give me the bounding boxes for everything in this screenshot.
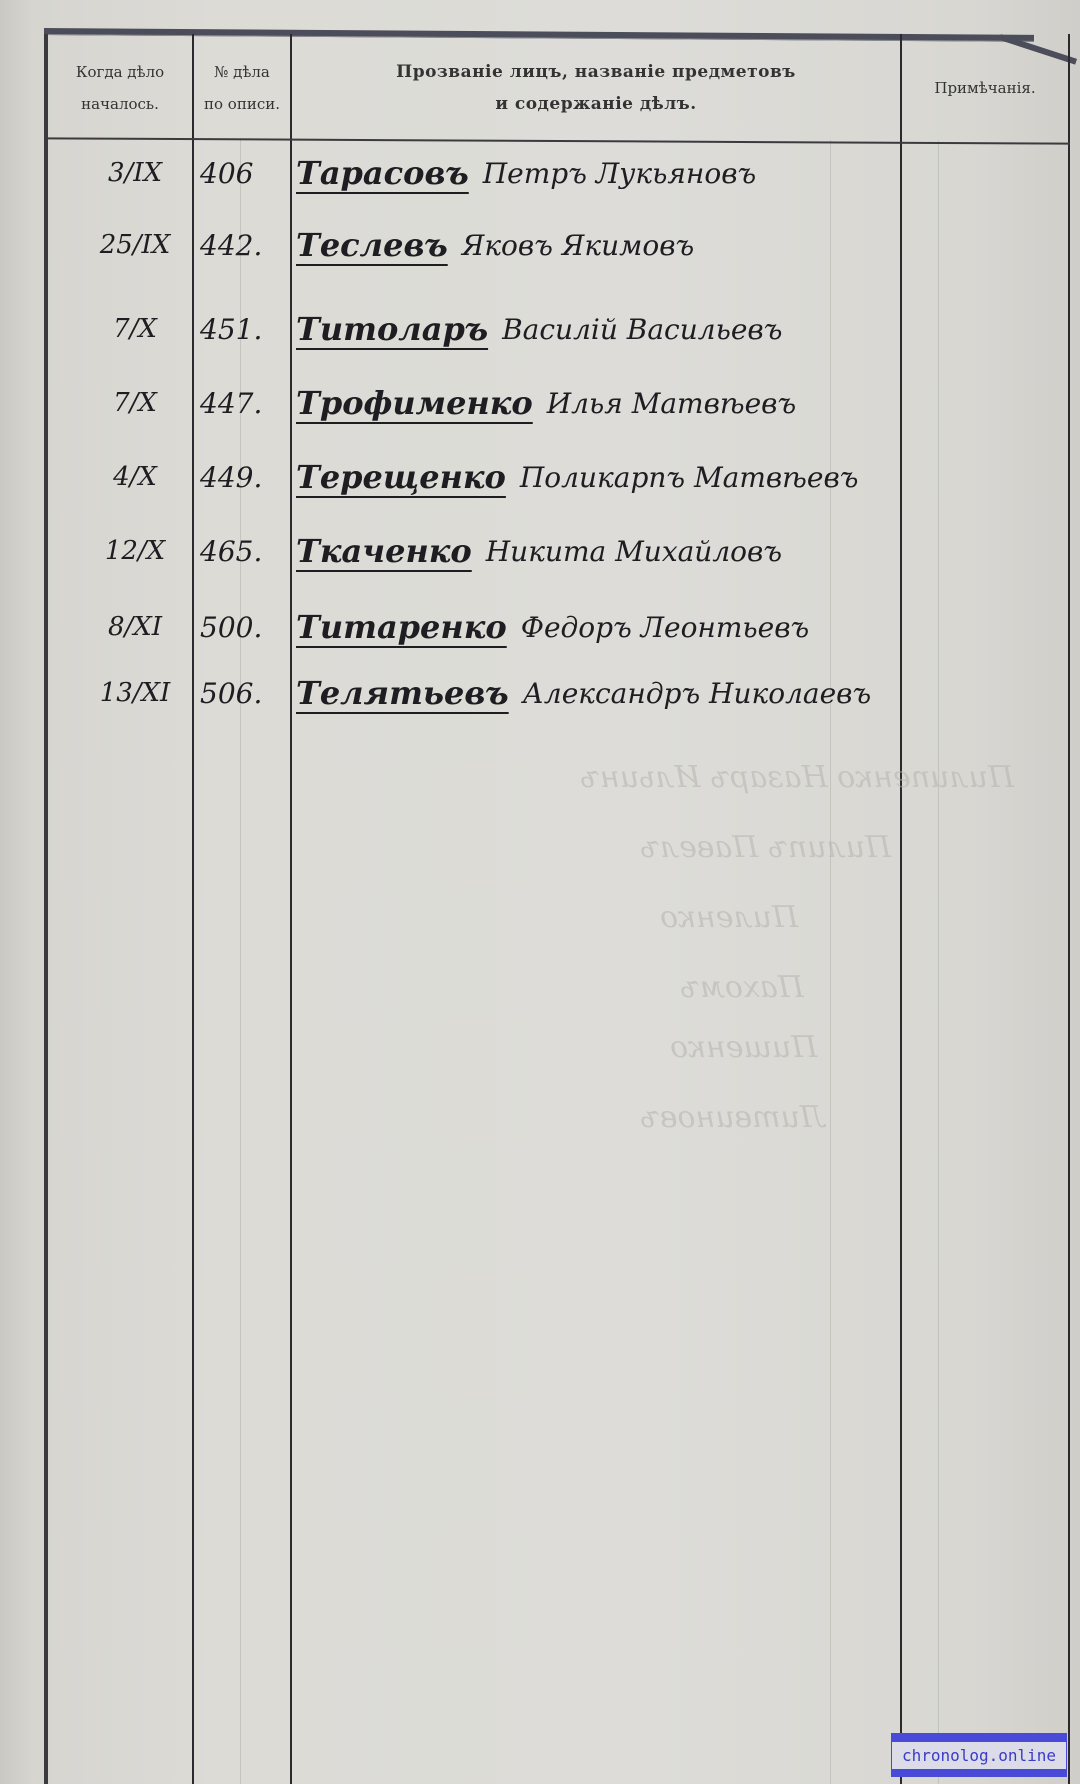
header-number-line1: № дѣла xyxy=(214,56,270,88)
bleed-through-text: Пилипенко Назаръ Ильинъ xyxy=(580,760,1014,795)
row-date: 7/X xyxy=(80,292,190,366)
register-row: 8/XI 500. ТитаренкоФедоръ Леонтьевъ xyxy=(0,590,1080,664)
row-number: 447. xyxy=(196,366,294,440)
register-row: 7/X 447. ТрофименкоИлья Матвѣевъ xyxy=(0,366,1080,440)
row-given-name: Яковъ Якимовъ xyxy=(462,229,694,262)
header-number-line2: по описи. xyxy=(204,88,280,120)
row-given-name: Никита Михайловъ xyxy=(486,535,782,568)
header-number: № дѣла по описи. xyxy=(194,36,290,140)
row-entry: ТелятьевъАлександръ Николаевъ xyxy=(296,656,936,730)
header-names-line2: и содержаніе дѣлъ. xyxy=(495,88,696,120)
row-given-name: Василій Васильевъ xyxy=(502,313,782,346)
row-surname: Тарасовъ xyxy=(296,154,469,192)
watermark-text: chronolog.online xyxy=(892,1742,1066,1769)
register-row: 25/IX 442. ТеслевъЯковъ Якимовъ xyxy=(0,208,1080,282)
header-date-line2: началось. xyxy=(81,88,159,120)
row-entry: ТарасовъПетръ Лукьяновъ xyxy=(296,136,936,210)
row-given-name: Александръ Николаевъ xyxy=(523,677,871,710)
row-surname: Терещенко xyxy=(296,458,506,496)
register-row: 12/X 465. ТкаченкоНикита Михайловъ xyxy=(0,514,1080,588)
row-date: 4/X xyxy=(80,440,190,514)
row-entry: ТкаченкоНикита Михайловъ xyxy=(296,514,936,588)
row-entry: ТеслевъЯковъ Якимовъ xyxy=(296,208,936,282)
row-number: 451. xyxy=(196,292,294,366)
register-row: 4/X 449. ТерещенкоПоликарпъ Матвѣевъ xyxy=(0,440,1080,514)
row-given-name: Илья Матвѣевъ xyxy=(547,387,796,420)
row-number: 449. xyxy=(196,440,294,514)
register-row: 13/XI 506. ТелятьевъАлександръ Николаевъ xyxy=(0,656,1080,730)
bleed-through-text: Пишенко xyxy=(670,1030,817,1065)
row-given-name: Поликарпъ Матвѣевъ xyxy=(520,461,859,494)
row-given-name: Петръ Лукьяновъ xyxy=(483,157,756,190)
row-number: 465. xyxy=(196,514,294,588)
row-number: 406 xyxy=(196,136,294,210)
row-surname: Телятьевъ xyxy=(296,674,509,712)
register-page: Когда дѣло началось. № дѣла по описи. Пр… xyxy=(0,0,1080,1784)
header-date-line1: Когда дѣло xyxy=(76,56,164,88)
bleed-through-text: Пилипъ Павелъ xyxy=(640,830,891,865)
row-number: 506. xyxy=(196,656,294,730)
row-date: 3/IX xyxy=(80,136,190,210)
watermark-badge: chronolog.online xyxy=(891,1733,1067,1777)
row-surname: Ткаченко xyxy=(296,532,472,570)
row-date: 13/XI xyxy=(80,656,190,730)
header-notes-label: Примѣчанія. xyxy=(934,72,1035,104)
bleed-through-text: Пахомъ xyxy=(680,970,804,1005)
row-entry: ТитоларъВасилій Васильевъ xyxy=(296,292,936,366)
row-number: 500. xyxy=(196,590,294,664)
bleed-through-text: Пиленко xyxy=(660,900,798,935)
row-surname: Титоларъ xyxy=(296,310,488,348)
header-date: Когда дѣло началось. xyxy=(48,36,192,140)
row-entry: ТрофименкоИлья Матвѣевъ xyxy=(296,366,936,440)
row-surname: Теслевъ xyxy=(296,226,448,264)
row-date: 12/X xyxy=(80,514,190,588)
row-number: 442. xyxy=(196,208,294,282)
row-entry: ТерещенкоПоликарпъ Матвѣевъ xyxy=(296,440,936,514)
register-row: 3/IX 406 ТарасовъПетръ Лукьяновъ xyxy=(0,136,1080,210)
row-entry: ТитаренкоФедоръ Леонтьевъ xyxy=(296,590,936,664)
row-given-name: Федоръ Леонтьевъ xyxy=(521,611,809,644)
header-names-line1: Прозваніе лицъ, названіе предметовъ xyxy=(396,56,796,88)
header-names: Прозваніе лицъ, названіе предметовъ и со… xyxy=(292,36,900,140)
header-notes: Примѣчанія. xyxy=(902,36,1068,140)
row-date: 8/XI xyxy=(80,590,190,664)
register-row: 7/X 451. ТитоларъВасилій Васильевъ xyxy=(0,292,1080,366)
row-surname: Титаренко xyxy=(296,608,507,646)
row-surname: Трофименко xyxy=(296,384,533,422)
row-date: 7/X xyxy=(80,366,190,440)
bleed-through-text: Литвиновъ xyxy=(640,1100,825,1135)
row-date: 25/IX xyxy=(80,208,190,282)
